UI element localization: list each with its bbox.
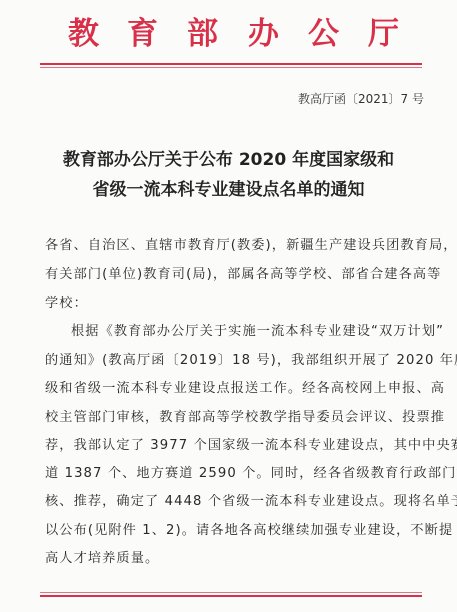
addressee-line: 有关部门(单位)教育司(局)，部属各高等学校、部省合建各高等 [45, 266, 441, 284]
footer-divider-thin [40, 592, 422, 593]
document-number: 教高厅函〔2021〕7 号 [298, 91, 424, 107]
body-line: 校主管部门审核，教育部高等学校教学指导委员会评议、投票推 [45, 409, 445, 427]
body-line: 的通知》(教高厅函〔2019〕18 号)，我部组织开展了 2020 年度国家 [45, 352, 457, 370]
footer-divider-thick [40, 595, 422, 597]
document-title-line-1: 教育部办公厅关于公布 2020 年度国家级和 [0, 149, 457, 171]
body-line: 以公布(见附件 1、2)。请各地各高校继续加强专业建设，不断提 [45, 522, 453, 540]
body-line: 核、推荐，确定了 4448 个省级一流本科专业建设点。现将名单予 [45, 493, 457, 511]
addressee-line: 学校： [45, 295, 88, 313]
masthead-char: 教 [68, 14, 99, 54]
masthead-char: 育 [127, 14, 158, 54]
masthead-char: 办 [248, 14, 279, 54]
masthead-char: 公 [308, 14, 339, 54]
body-line: 荐，我部认定了 3977 个国家级一流本科专业建设点，其中中央赛 [45, 437, 457, 455]
header-divider-thick [40, 63, 422, 65]
body-line: 道 1387 个、地方赛道 2590 个。同时，经各省级教育行政部门审 [45, 465, 457, 483]
document-title-line-2: 省级一流本科专业建设点名单的通知 [0, 179, 457, 201]
header-divider-thin [40, 67, 422, 68]
issuing-office-masthead: 教 育 部 办 公 厅 [0, 14, 457, 54]
addressee-line: 各省、自治区、直辖市教育厅(教委)，新疆生产建设兵团教育局， [45, 237, 457, 255]
body-line: 级和省级一流本科专业建设点报送工作。经各高校网上申报、高 [45, 380, 445, 398]
masthead-char: 厅 [368, 14, 399, 54]
body-line: 根据《教育部办公厅关于实施一流本科专业建设“双万计划” [71, 323, 444, 341]
body-line: 高人才培养质量。 [45, 550, 159, 568]
masthead-char: 部 [187, 14, 218, 54]
